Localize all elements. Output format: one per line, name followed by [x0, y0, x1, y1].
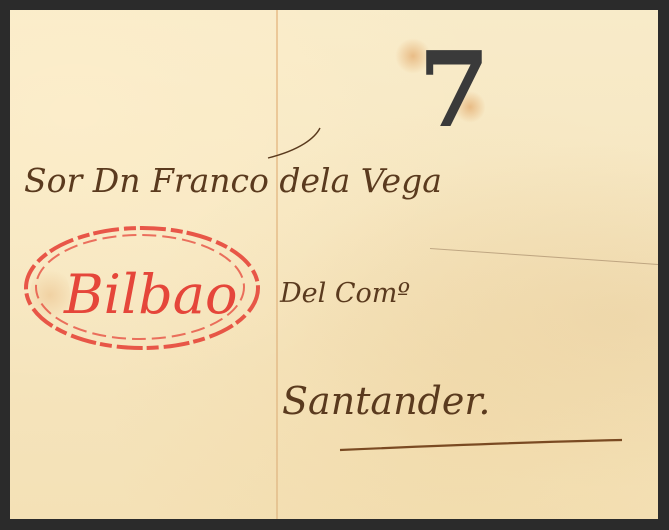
- postmark-town-name: Bilbao: [63, 263, 238, 326]
- flourish-stroke: [268, 128, 320, 158]
- rate-marking: 7: [418, 28, 490, 151]
- bilbao-postmark: Bilbao: [26, 228, 258, 348]
- letter-sheet: 7 Bilbao Sor Dn Franco dela Vega Del Com…: [10, 10, 658, 519]
- address-line-city: Santander.: [282, 379, 490, 423]
- address-line-name: Sor Dn Franco dela Vega: [24, 161, 442, 200]
- image-frame: 7 Bilbao Sor Dn Franco dela Vega Del Com…: [0, 0, 669, 530]
- document-markings: 7 Bilbao Sor Dn Franco dela Vega Del Com…: [10, 10, 658, 519]
- address-line-title: Del Comº: [279, 278, 410, 309]
- underline-stroke: [340, 440, 622, 450]
- rate-numeral: 7: [418, 28, 490, 151]
